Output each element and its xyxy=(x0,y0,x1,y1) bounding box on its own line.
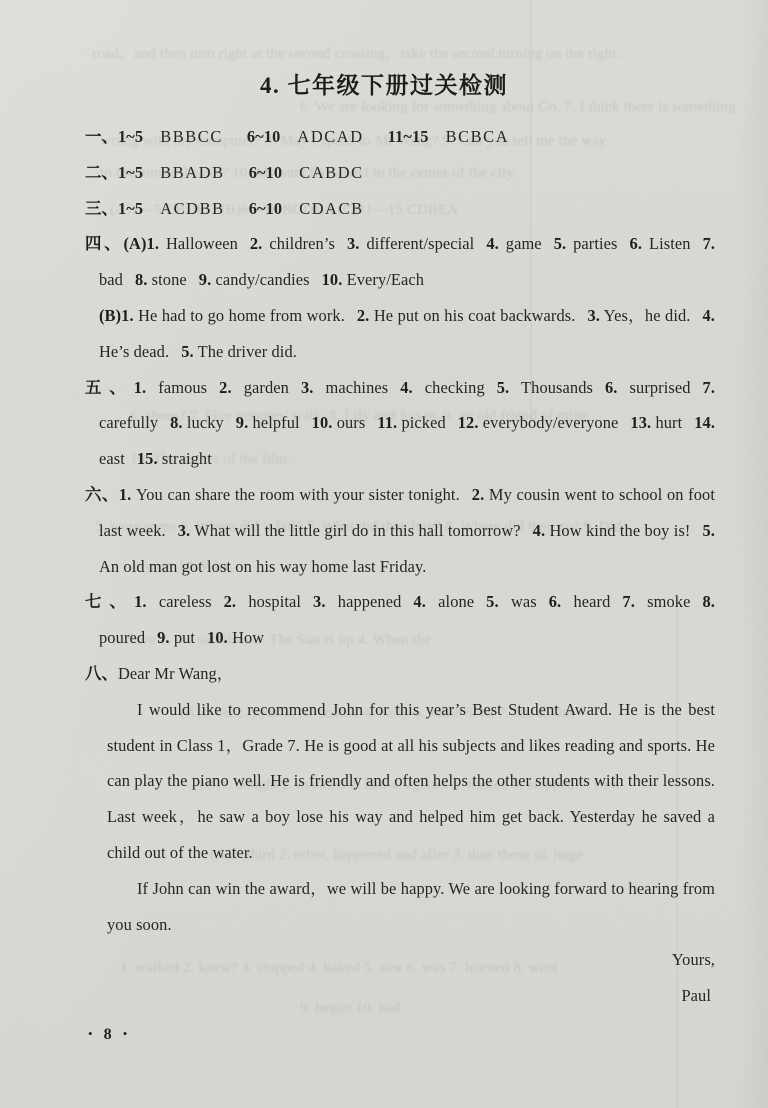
answer-group: 1~5BBADB xyxy=(118,163,225,182)
answer-item: 15. straight xyxy=(137,449,212,468)
section-one-label: 一、 xyxy=(85,127,118,146)
answer-group: 6~10CABDC xyxy=(249,163,364,182)
part-b-items: 1. He had to go home from work.2. He put… xyxy=(99,306,715,361)
letter-paragraph-2: If John can win the award，we will be hap… xyxy=(107,871,715,943)
answer-item: 10. ours xyxy=(312,413,366,432)
section-four-label: 四、 xyxy=(85,234,123,253)
page-number: •8• xyxy=(88,1021,127,1048)
section-three-answer-row: 三、1~5ACDBB6~10CDACB xyxy=(85,191,715,227)
answer-item: 3. happened xyxy=(313,592,401,611)
letter-paragraph-1: I would like to recommend John for this … xyxy=(107,692,715,871)
answer-item: 4. game xyxy=(486,234,541,253)
answer-item: 1. famous xyxy=(134,378,207,397)
part-b-prefix: (B) xyxy=(99,306,121,325)
answer-item: 4. alone xyxy=(413,592,474,611)
answer-item: 8. stone xyxy=(135,270,187,289)
answer-item: 9. candy/candies xyxy=(199,270,310,289)
page-number-value: 8 xyxy=(104,1026,112,1043)
ghost-line: road，and then turn right at the second c… xyxy=(92,44,620,64)
answer-group: 11~15BCBCA xyxy=(388,127,509,146)
section-four-part-a: 四、(A)1. Halloween2. children’s3. differe… xyxy=(85,226,715,298)
page-edge-shadow xyxy=(738,0,768,1108)
answer-item: 10. How xyxy=(207,628,264,647)
section-one-answer-row: 一、1~5BBBCC6~10ADCAD11~15BCBCA xyxy=(85,119,715,155)
answer-item: 11. picked xyxy=(377,413,445,432)
scanned-answer-page: road，and then turn right at the second c… xyxy=(0,0,768,1108)
answer-item: 8. lucky xyxy=(170,413,224,432)
section-two-answer-row: 二、1~5BBADB6~10CABDC xyxy=(85,155,715,191)
page-title: 4. 七年级下册过关检测 xyxy=(0,70,768,102)
answer-item: 7. smoke xyxy=(622,592,690,611)
answer-item: 10. Every/Each xyxy=(322,270,424,289)
answer-item: 3. What will the little girl do in this … xyxy=(178,521,521,540)
section-five-items: 1. famous2. garden3. machines4. checking… xyxy=(99,378,715,469)
answer-item: 1. Halloween xyxy=(147,234,238,253)
answer-item: 2. hospital xyxy=(224,592,301,611)
answer-item: 5. The driver did. xyxy=(181,342,297,361)
letter-closing: Yours, xyxy=(85,942,715,978)
answer-item: 12. everybody/everyone xyxy=(458,413,619,432)
answer-item: 13. hurt xyxy=(630,413,682,432)
section-seven-items: 1. careless2. hospital3. happened4. alon… xyxy=(99,592,715,647)
section-four-part-b: (B)1. He had to go home from work.2. He … xyxy=(99,298,715,370)
answer-group: 1~5ACDBB xyxy=(118,199,225,218)
section-two-groups: 1~5BBADB6~10CABDC xyxy=(118,163,388,182)
part-a-items: 1. Halloween2. children’s3. different/sp… xyxy=(99,234,715,289)
letter-signature: Paul xyxy=(85,978,715,1014)
answer-group: 6~10CDACB xyxy=(249,199,364,218)
section-six-items: 1. You can share the room with your sist… xyxy=(99,485,715,576)
section-one-groups: 1~5BBBCC6~10ADCAD11~15BCBCA xyxy=(118,127,533,146)
answer-item: 3. Yes，he did. xyxy=(587,306,690,325)
letter-salutation-row: 八、Dear Mr Wang， xyxy=(85,656,715,692)
page-number-right-dot: • xyxy=(123,1026,128,1041)
answer-group: 1~5BBBCC xyxy=(118,127,223,146)
answer-item: 9. put xyxy=(157,628,195,647)
letter-salutation: Dear Mr Wang， xyxy=(118,664,233,683)
answer-item: 6. heard xyxy=(549,592,611,611)
section-eight-label: 八、 xyxy=(85,664,118,683)
answer-item: 9. helpful xyxy=(236,413,300,432)
answer-item: 5. parties xyxy=(554,234,618,253)
part-a-prefix: (A) xyxy=(123,234,146,253)
section-five-answer-row: 五、1. famous2. garden3. machines4. checki… xyxy=(85,370,715,477)
answer-item: 3. machines xyxy=(301,378,388,397)
answer-item: 4. checking xyxy=(400,378,485,397)
section-six-answer-row: 六、1. You can share the room with your si… xyxy=(85,477,715,584)
answer-key-content: 一、1~5BBBCC6~10ADCAD11~15BCBCA 二、1~5BBADB… xyxy=(85,119,715,1014)
section-three-label: 三、 xyxy=(85,199,118,218)
answer-item: 1. He had to go home from work. xyxy=(121,306,345,325)
answer-item: 1. You can share the room with your sist… xyxy=(119,485,460,504)
section-five-label: 五、 xyxy=(85,378,134,397)
answer-item: 6. surprised xyxy=(605,378,691,397)
answer-group: 6~10ADCAD xyxy=(247,127,364,146)
section-three-groups: 1~5ACDBB6~10CDACB xyxy=(118,199,388,218)
answer-item: 6. Listen xyxy=(630,234,691,253)
answer-item: 5. Thousands xyxy=(497,378,593,397)
section-seven-label: 七、 xyxy=(85,592,134,611)
section-seven-answer-row: 七、1. careless2. hospital3. happened4. al… xyxy=(85,584,715,656)
answer-item: 2. He put on his coat backwards. xyxy=(357,306,576,325)
section-two-label: 二、 xyxy=(85,163,118,182)
answer-item: 4. How kind the boy is! xyxy=(533,521,691,540)
answer-item: 5. was xyxy=(486,592,537,611)
page-number-left-dot: • xyxy=(88,1026,93,1041)
answer-item: 1. careless xyxy=(134,592,211,611)
answer-item: 2. children’s xyxy=(250,234,335,253)
section-six-label: 六、 xyxy=(85,485,119,504)
answer-item: 2. garden xyxy=(219,378,289,397)
answer-item: 3. different/special xyxy=(347,234,474,253)
